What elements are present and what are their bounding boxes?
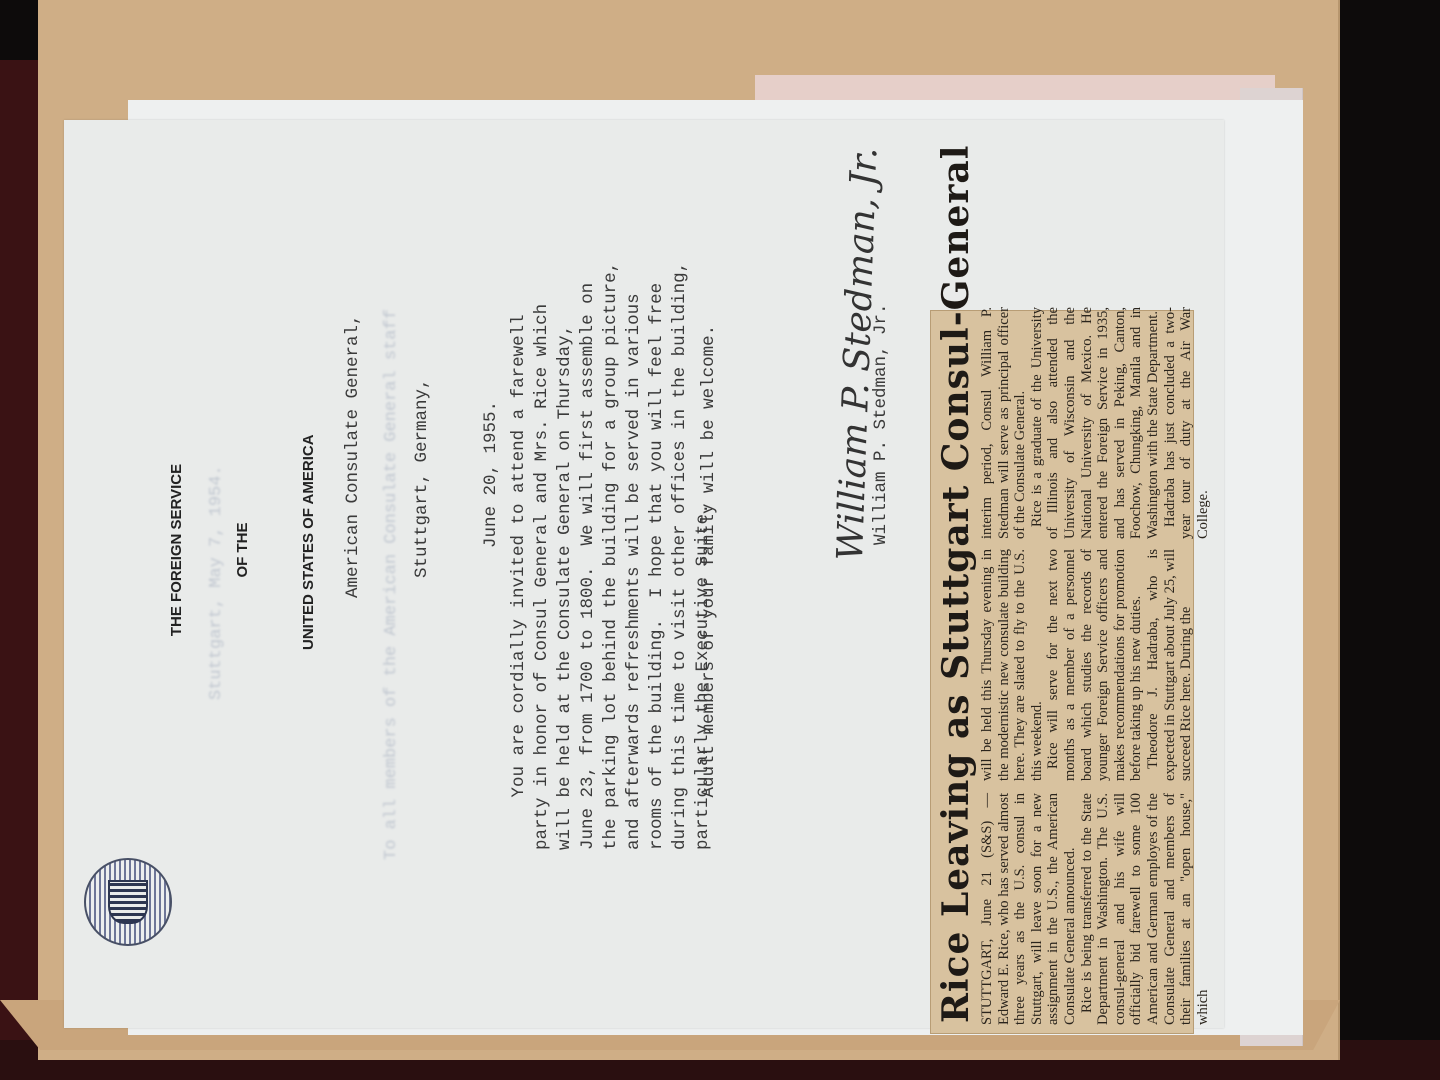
clipping-paragraph: Theodore J. Hadraba, who is expected in … xyxy=(1145,549,1195,781)
letter-body-line: during this time to visit other offices … xyxy=(669,262,692,850)
clipping-paragraph: Hadraba has just concluded a two-year to… xyxy=(1162,307,1212,539)
letter-body-line: will be held at the Consulate General on… xyxy=(554,262,577,850)
letterhead-line-1: THE FOREIGN SERVICE xyxy=(166,450,188,650)
clipping-paragraph: Rice is a graduate of the University of … xyxy=(1029,307,1162,539)
seal-shield-icon xyxy=(108,880,148,924)
clipping-column-3: interim period, Consul William P. Stedma… xyxy=(979,307,1211,539)
clipping-paragraph: STUTTGART, June 21 (S&S) — Edward E. Ric… xyxy=(979,793,1079,1025)
clipping-paragraph: will be held this Thursday evening in th… xyxy=(979,549,1045,781)
address-line-3: June 20, 1955. xyxy=(480,314,503,598)
clipping-column-1: STUTTGART, June 21 (S&S) — Edward E. Ric… xyxy=(979,793,1211,1025)
letter-body-line: the parking lot behind the building for … xyxy=(600,262,623,850)
address-line-2: Stuttgart, Germany, xyxy=(411,314,434,598)
newspaper-clipping: Rice Leaving as Stuttgart Consul-General… xyxy=(930,310,1194,1034)
address-line-1: American Consulate General, xyxy=(342,314,365,598)
letter-body-line: rooms of the building. I hope that you w… xyxy=(646,262,669,850)
letter-body-paragraph-2: Adult members of your family will be wel… xyxy=(698,325,721,850)
letterhead-line-2: OF THE xyxy=(232,450,254,650)
clipping-column-2: will be held this Thursday evening in th… xyxy=(979,549,1195,781)
letter-body-line: party in honor of Consul General and Mrs… xyxy=(531,262,554,850)
clipping-paragraph: interim period, Consul William P. Stedma… xyxy=(979,307,1029,539)
clipping-paragraph: Rice is being transferred to the State D… xyxy=(1079,793,1212,1025)
clipping-paragraph: Rice will serve for the next two months … xyxy=(1045,549,1145,781)
letter-body-paragraph-1: You are cordially invited to attend a fa… xyxy=(508,262,715,850)
sender-address: American Consulate General, Stuttgart, G… xyxy=(296,314,526,598)
letter-body-line: and afterwards refreshments will be serv… xyxy=(623,262,646,850)
clipping-headline: Rice Leaving as Stuttgart Consul-General xyxy=(935,145,977,1023)
letter-body-line: You are cordially invited to attend a fa… xyxy=(508,262,531,850)
typed-signature: William P. Stedman, Jr. xyxy=(870,303,893,545)
letter-body-line: June 23, from 1700 to 1800. We will firs… xyxy=(577,262,600,850)
